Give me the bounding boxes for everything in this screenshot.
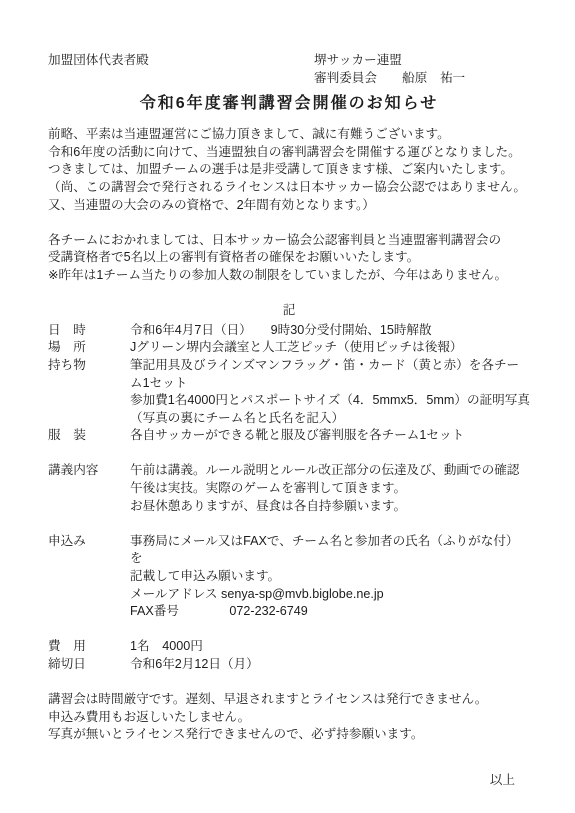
detail-label: 服 装 — [48, 427, 130, 445]
detail-content: 各自サッカーができる靴と服及び審判服を各チーム1セット — [130, 427, 530, 445]
intro-line: 又、当連盟の大会のみの資格で、2年間有効となります。） — [48, 197, 530, 215]
sender-block: 堺サッカー連盟 審判委員会 船原 祐一 — [314, 52, 530, 87]
note-line: 申込み費用もお返しいたしません。 — [48, 709, 530, 727]
request-paragraph: 各チームにおかれましては、日本サッカー協会公認審判員と当連盟審判講習会の 受講資… — [48, 232, 530, 285]
detail-label: 講義内容 — [48, 462, 130, 515]
fax-number: FAX番号 072-232-6749 — [130, 603, 530, 621]
detail-line: 1名 4000円 — [130, 638, 530, 656]
detail-row-fee: 費 用 1名 4000円 — [48, 638, 530, 656]
document-header: 加盟団体代表者殿 堺サッカー連盟 審判委員会 船原 祐一 — [48, 52, 530, 87]
detail-label: 締切日 — [48, 656, 130, 674]
detail-line: 令和6年4月7日（日） 9時30分受付開始、15時解散 — [130, 322, 530, 340]
email-address: メールアドレス senya-sp@mvb.biglobe.ne.jp — [130, 586, 530, 604]
addressee: 加盟団体代表者殿 — [48, 52, 314, 87]
detail-line: 午後は実技。実際のゲームを審判して頂きます。 — [130, 480, 530, 498]
ki-marker: 記 — [48, 302, 530, 320]
note-line: 講習会は時間厳守です。遅刻、早退されますとライセンスは発行できません。 — [48, 691, 530, 709]
detail-content: 令和6年2月12日（月） — [130, 656, 530, 674]
detail-line: 筆記用具及びラインズマンフラッグ・笛・カード（黄と赤）を各チーム1セット — [130, 357, 530, 392]
intro-line: 令和6年度の活動に向けて、当連盟独自の審判講習会を開催する運びとなりました。 — [48, 144, 530, 162]
request-line: 受講資格者で5名以上の審判有資格者の確保をお願いいたします。 — [48, 249, 530, 267]
detail-row-deadline: 締切日 令和6年2月12日（月） — [48, 656, 530, 674]
detail-row-place: 場 所 Jグリーン堺内会議室と人工芝ピッチ（使用ピッチは後報） — [48, 339, 530, 357]
request-line: 各チームにおかれましては、日本サッカー協会公認審判員と当連盟審判講習会の — [48, 232, 530, 250]
detail-content: Jグリーン堺内会議室と人工芝ピッチ（使用ピッチは後報） — [130, 339, 530, 357]
detail-row-application: 申込み 事務局にメール又はFAXで、チーム名と参加者の氏名（ふりがな付）を 記載… — [48, 533, 530, 621]
detail-line: 事務局にメール又はFAXで、チーム名と参加者の氏名（ふりがな付）を — [130, 533, 530, 568]
intro-paragraph: 前略、平素は当連盟運営にご協力頂きまして、誠に有難うございます。 令和6年度の活… — [48, 126, 530, 214]
detail-line: （写真の裏にチーム名と氏名を記入） — [130, 410, 530, 428]
detail-label: 場 所 — [48, 339, 130, 357]
page-title: 令和6年度審判講習会開催のお知らせ — [48, 94, 530, 114]
document-page: 加盟団体代表者殿 堺サッカー連盟 審判委員会 船原 祐一 令和6年度審判講習会開… — [0, 0, 575, 813]
notes-paragraph: 講習会は時間厳守です。遅刻、早退されますとライセンスは発行できません。 申込み費… — [48, 691, 530, 744]
detail-row-datetime: 日 時 令和6年4月7日（日） 9時30分受付開始、15時解散 — [48, 322, 530, 340]
intro-line: つきましては、加盟チームの選手は是非受講して頂きます様、ご案内いたします。 — [48, 161, 530, 179]
detail-row-belongings: 持ち物 筆記用具及びラインズマンフラッグ・笛・カード（黄と赤）を各チーム1セット… — [48, 357, 530, 427]
sender-committee: 審判委員会 船原 祐一 — [314, 70, 530, 88]
sender-org: 堺サッカー連盟 — [314, 52, 530, 70]
intro-line: 前略、平素は当連盟運営にご協力頂きまして、誠に有難うございます。 — [48, 126, 530, 144]
detail-label: 申込み — [48, 533, 130, 621]
intro-line: （尚、この講習会で発行されるライセンスは日本サッカー協会公認ではありません。 — [48, 179, 530, 197]
detail-content: 事務局にメール又はFAXで、チーム名と参加者の氏名（ふりがな付）を 記載して申込… — [130, 533, 530, 621]
detail-line: 参加費1名4000円とパスポートサイズ（4．5mmx5．5mm）の証明写真 — [130, 392, 530, 410]
note-line: 写真が無いとライセンス発行できませんので、必ず持参願います。 — [48, 726, 530, 744]
detail-content: 午前は講義。ルール説明とルール改正部分の伝達及び、動画での確認 午後は実技。実際… — [130, 462, 530, 515]
request-line: ※昨年は1チーム当たりの参加人数の制限をしていましたが、今年はありません。 — [48, 267, 530, 285]
detail-line: 令和6年2月12日（月） — [130, 656, 530, 674]
detail-content: 筆記用具及びラインズマンフラッグ・笛・カード（黄と赤）を各チーム1セット 参加費… — [130, 357, 530, 427]
detail-label: 費 用 — [48, 638, 130, 656]
detail-row-clothing: 服 装 各自サッカーができる靴と服及び審判服を各チーム1セット — [48, 427, 530, 445]
detail-content: 令和6年4月7日（日） 9時30分受付開始、15時解散 — [130, 322, 530, 340]
detail-label: 日 時 — [48, 322, 130, 340]
detail-line: Jグリーン堺内会議室と人工芝ピッチ（使用ピッチは後報） — [130, 339, 530, 357]
detail-content: 1名 4000円 — [130, 638, 530, 656]
detail-line: 記載して申込み願います。 — [130, 568, 530, 586]
detail-line: 各自サッカーができる靴と服及び審判服を各チーム1セット — [130, 427, 530, 445]
detail-label: 持ち物 — [48, 357, 130, 427]
closing-label: 以上 — [48, 772, 530, 790]
detail-line: お昼休憩ありますが、昼食は各自持参願います。 — [130, 498, 530, 516]
detail-line: 午前は講義。ルール説明とルール改正部分の伝達及び、動画での確認 — [130, 462, 530, 480]
detail-row-lecture: 講義内容 午前は講義。ルール説明とルール改正部分の伝達及び、動画での確認 午後は… — [48, 462, 530, 515]
